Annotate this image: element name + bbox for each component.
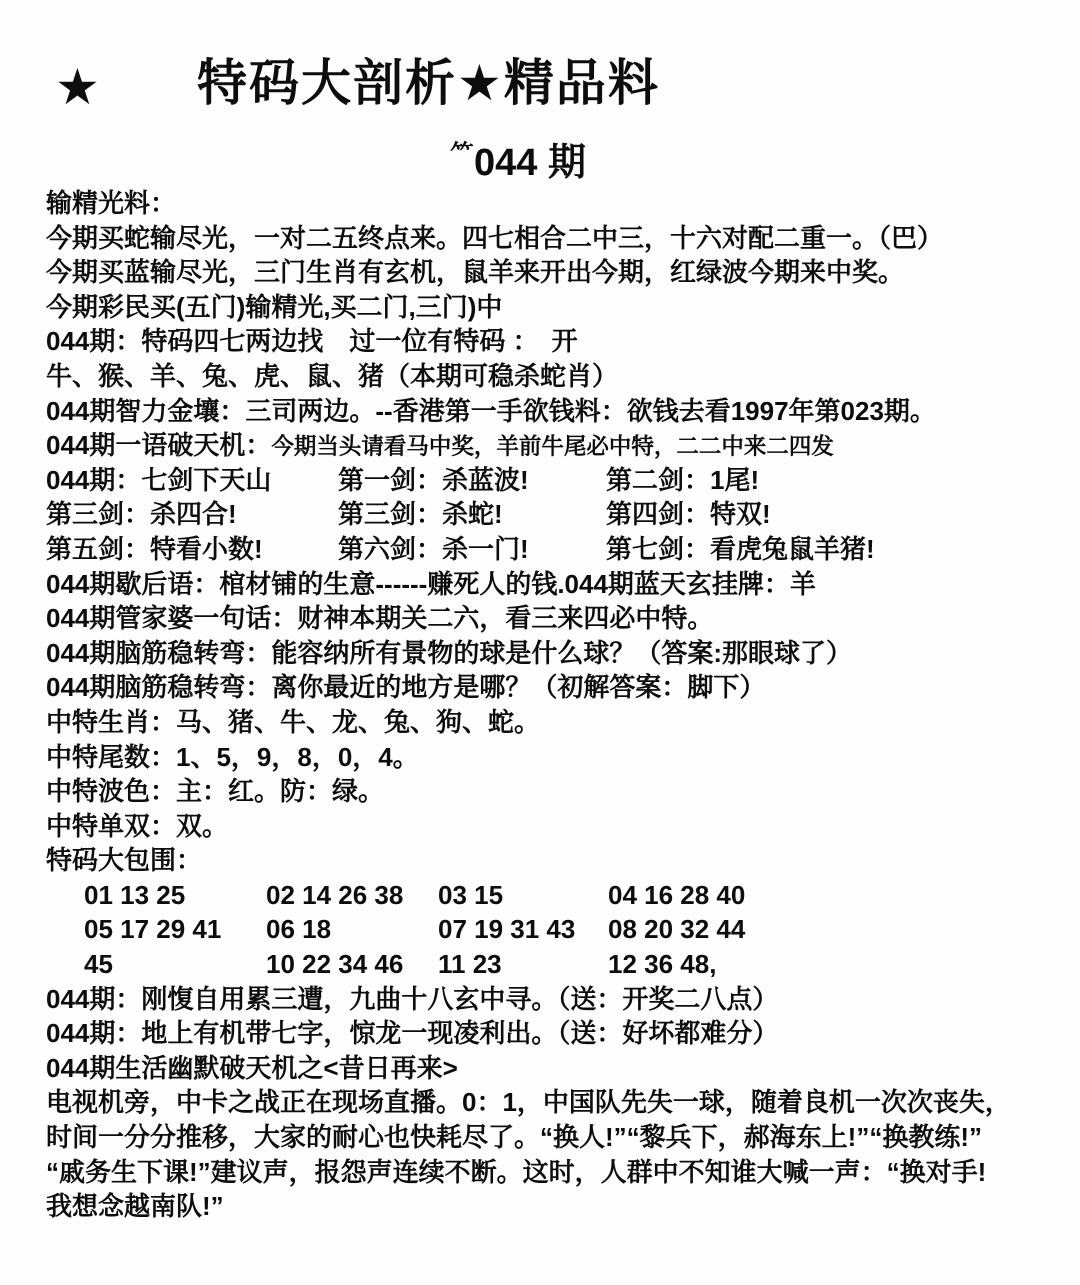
text-line: 044期管家婆一句话：财神本期关二六，看三来四必中特。 (46, 601, 1070, 636)
number-group: 08 20 32 44 (608, 912, 1070, 947)
text-line: 中特生肖：马、猪、牛、龙、兔、狗、蛇。 (46, 705, 1070, 740)
intro-heading: 输精光料： (46, 186, 1070, 221)
text-line: 044期脑筋稳转弯：离你最近的地方是哪？（初解答案：脚下） (46, 670, 1070, 705)
sword-cell: 044期：七剑下天山 (46, 463, 338, 498)
number-grid-row: 01 13 25 02 14 26 38 03 15 04 16 28 40 (46, 878, 1070, 913)
swords-row: 第三剑：杀四合! 第三剑：杀蛇! 第四剑：特双! (46, 497, 1070, 532)
sword-cell: 第五剑：特看小数! (46, 532, 338, 567)
humor-text-line: 时间一分分推移，大家的耐心也快耗尽了。“换人!”“黎兵下，郝海东上!”“换教练!… (46, 1120, 1070, 1155)
humor-heading: 044期生活幽默破天机之<昔日再来> (46, 1051, 1070, 1086)
number-grid-row: 45 10 22 34 46 11 23 12 36 48, (46, 947, 1070, 982)
sword-cell: 第二剑：1尾! (606, 463, 1070, 498)
sword-cell: 第七剑：看虎兔鼠羊猪! (606, 532, 1070, 567)
text-line: 044期歇后语：棺材铺的生意------赚死人的钱.044期蓝天玄挂牌：羊 (46, 567, 1070, 602)
sword-cell: 第四剑：特双! (606, 497, 1070, 532)
text-line: 今期彩民买(五门)输精光,买二门,三门)中 (46, 290, 1070, 325)
document-page: ★ 特码大剖析★精品料 ⺮044 期 输精光料： 今期买蛇输尽光，一对二五终点来… (0, 0, 1080, 1285)
number-group: 04 16 28 40 (608, 878, 1070, 913)
number-group: 10 22 34 46 (266, 947, 438, 982)
issue-radical-glyph: ⺮ (450, 140, 474, 167)
swords-row: 第五剑：特看小数! 第六剑：杀一门! 第七剑：看虎兔鼠羊猪! (46, 532, 1070, 567)
number-grid-row: 05 17 29 41 06 18 07 19 31 43 08 20 32 4… (46, 912, 1070, 947)
sword-cell: 第三剑：杀蛇! (338, 497, 606, 532)
text-line: 044期脑筋稳转弯：能容纳所有景物的球是什么球？（答案:那眼球了） (46, 636, 1070, 671)
page-title: 特码大剖析★精品料 (197, 52, 660, 114)
grid-heading: 特码大包围： (46, 843, 1070, 878)
number-group: 02 14 26 38 (266, 878, 438, 913)
number-group: 45 (84, 947, 266, 982)
number-group: 07 19 31 43 (438, 912, 608, 947)
zodiac-line: 牛、猴、羊、兔、虎、鼠、猪（本期可稳杀蛇肖） (46, 359, 1070, 394)
swords-row: 044期：七剑下天山 第一剑：杀蓝波! 第二剑：1尾! (46, 463, 1070, 498)
sword-cell: 第一剑：杀蓝波! (338, 463, 606, 498)
number-group: 11 23 (438, 947, 608, 982)
sword-cell: 第六剑：杀一门! (338, 532, 606, 567)
text-line: 中特单双：双。 (46, 809, 1070, 844)
text-line: 中特波色：主：红。防：绿。 (46, 774, 1070, 809)
title-row: ★ 特码大剖析★精品料 (0, 52, 1080, 122)
issue-number: 044 期 (474, 142, 586, 184)
star-icon: ★ (55, 60, 100, 114)
humor-text-line: 电视机旁，中卡之战正在现场直播。0：1，中国队先失一球，随着良机一次次丧失， (46, 1085, 1070, 1120)
text-line: 044期智力金壤：三司两边。--香港第一手欲钱料：欲钱去看1997年第023期。 (46, 394, 1070, 429)
number-group: 05 17 29 41 (84, 912, 266, 947)
tianji-line: 044期一语破天机：今期当头请看马中奖，羊前牛尾必中特，二二中来二四发 (46, 428, 1070, 463)
number-group: 03 15 (438, 878, 608, 913)
text-line: 044期：地上有机带七字，惊龙一现凌利出。（送：好坏都难分） (46, 1016, 1070, 1051)
number-group: 12 36 48, (608, 947, 1070, 982)
text-line: 中特尾数：1、5，9，8，0，4。 (46, 740, 1070, 775)
number-group: 06 18 (266, 912, 438, 947)
tianji-label: 044期一语破天机： (46, 430, 271, 460)
humor-text-line: 我想念越南队!” (46, 1189, 1070, 1224)
number-group: 01 13 25 (84, 878, 266, 913)
text-line: 今期买蛇输尽光，一对二五终点来。四七相合二中三，十六对配二重一。（巴） (46, 221, 1070, 256)
text-line: 今期买蓝输尽光，三门生肖有玄机，鼠羊来开出今期，红绿波今期来中奖。 (46, 255, 1070, 290)
sword-cell: 第三剑：杀四合! (46, 497, 338, 532)
tianji-text: 今期当头请看马中奖，羊前牛尾必中特，二二中来二四发 (271, 434, 834, 459)
humor-text-line: “戚务生下课!”建议声，报怨声连续不断。这时，人群中不知谁大喊一声：“换对手! (46, 1155, 1070, 1190)
issue-row: ⺮044 期 (0, 130, 1058, 187)
text-line: 044期：刚愎自用累三遭，九曲十八玄中寻。（送：开奖二八点） (46, 982, 1070, 1017)
body-text: 输精光料： 今期买蛇输尽光，一对二五终点来。四七相合二中三，十六对配二重一。（巴… (46, 186, 1070, 1224)
text-line: 044期：特码四七两边找 过一位有特码 ： 开 (46, 324, 1070, 359)
